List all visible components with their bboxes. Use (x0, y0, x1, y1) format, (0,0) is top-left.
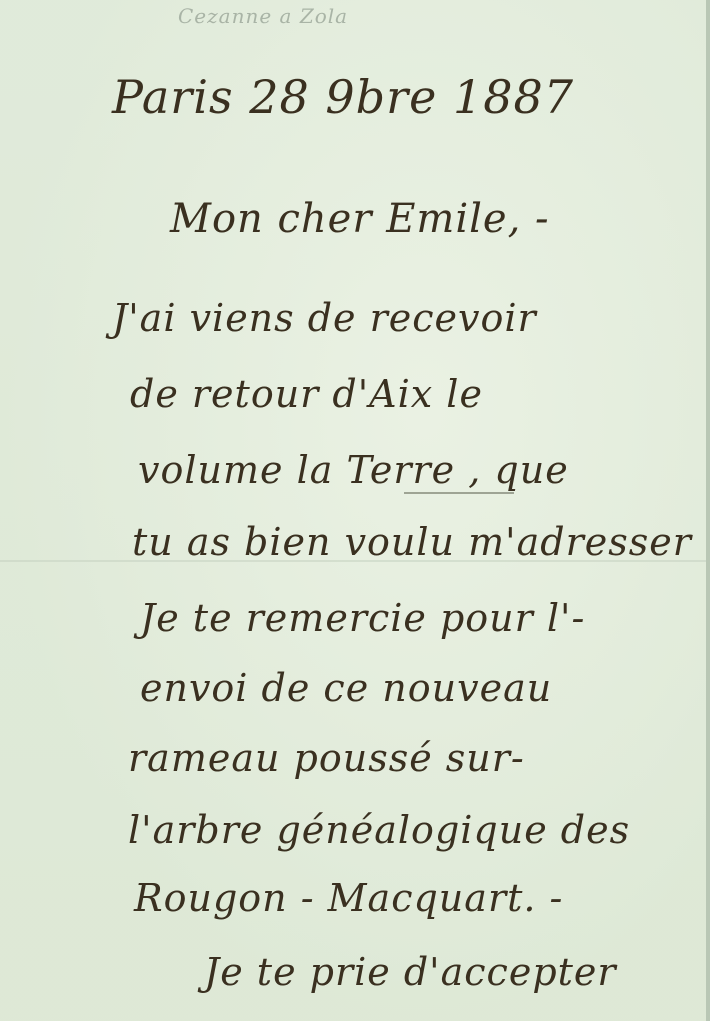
letter-paper (0, 0, 706, 1021)
letter-line-5: Je te remercie pour l'- (140, 596, 585, 640)
letter-line-8: l'arbre généalogique des (128, 808, 630, 852)
salutation: Mon cher Emile, - (170, 196, 550, 242)
pencil-annotation: Cezanne a Zola (178, 4, 348, 28)
paper-edge (706, 0, 710, 1021)
letter-line-2: de retour d'Aix le (130, 372, 483, 416)
letter-line-4: tu as bien voulu m'adresser (132, 520, 692, 564)
dateline: Paris 28 9bre 1887 (112, 70, 574, 124)
terre-underline (404, 492, 514, 494)
letter-line-6: envoi de ce nouveau (140, 666, 552, 710)
letter-line-1: J'ai viens de recevoir (112, 296, 537, 340)
letter-line-10: Je te prie d'accepter (204, 950, 617, 994)
letter-line-3: volume la Terre , que (138, 448, 569, 492)
letter-line-9: Rougon - Macquart. - (134, 876, 563, 920)
letter-line-7: rameau poussé sur- (128, 736, 525, 780)
